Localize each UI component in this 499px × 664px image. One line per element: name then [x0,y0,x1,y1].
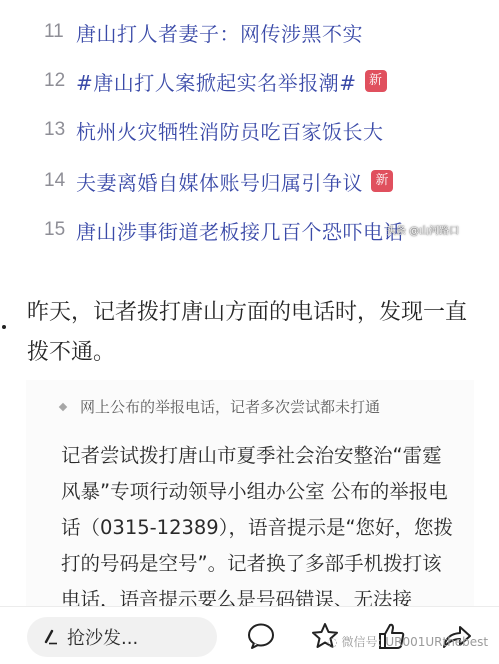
hot-title: 唐山涉事街道老板接几百个恐吓电话 [76,216,404,245]
wechat-logo-icon: ◌ [327,635,337,649]
article-page: 11 唐山打人者妻子：网传涉黑不实 12 #唐山打人案掀起实名举报潮# 新 13… [0,0,499,664]
hot-title: #唐山打人案掀起实名举报潮# [76,67,357,96]
rank-number: 13 [44,119,76,141]
bottom-action-bar: 抢沙发... ◌ 微信号: UR001URthebest [0,606,499,664]
comment-placeholder: 抢沙发... [67,624,138,650]
margin-dot [2,325,6,329]
caption-text: 网上公布的举报电话，记者多次尝试都未打通 [80,396,380,417]
rank-number: 14 [44,170,76,192]
new-badge: 新 [371,170,393,192]
diamond-bullet-icon [59,402,67,410]
toutiao-watermark: 头条 @山河路口 [386,222,459,237]
hot-list-item[interactable]: 13 杭州火灾牺牲消防员吃百家饭长大 [44,115,384,145]
hot-list-item[interactable]: 12 #唐山打人案掀起实名举报潮# 新 [44,66,387,96]
hot-title: 夫妻离婚自媒体账号归属引争议 [76,167,363,196]
comment-icon[interactable] [244,621,278,651]
hot-list-item[interactable]: 14 夫妻离婚自媒体账号归属引争议 新 [44,166,393,196]
article-paragraph: 记者尝试拨打唐山市夏季社会治安整治“雷霆风暴”专项行动领导小组办公室 公布的举报… [61,438,461,608]
wechat-watermark-text: 微信号: UR001URthebest [341,633,488,650]
pen-icon [43,629,59,645]
rank-number: 12 [44,70,76,92]
rank-number: 11 [44,21,76,43]
image-caption: 网上公布的举报电话，记者多次尝试都未打通 [60,396,380,417]
hot-list-item[interactable]: 15 唐山涉事街道老板接几百个恐吓电话 [44,215,404,245]
hot-title: 杭州火灾牺牲消防员吃百家饭长大 [76,116,384,145]
comment-input[interactable]: 抢沙发... [27,617,217,657]
wechat-watermark: ◌ 微信号: UR001URthebest [327,633,488,650]
rank-number: 15 [44,219,76,241]
article-paragraph: 昨天，记者拨打唐山方面的电话时，发现一直拨不通。 [27,293,477,373]
new-badge: 新 [365,70,387,92]
hot-search-list-image: 11 唐山打人者妻子：网传涉黑不实 12 #唐山打人案掀起实名举报潮# 新 13… [0,0,499,262]
hot-title: 唐山打人者妻子：网传涉黑不实 [76,18,363,47]
hot-list-item[interactable]: 11 唐山打人者妻子：网传涉黑不实 [44,17,363,47]
